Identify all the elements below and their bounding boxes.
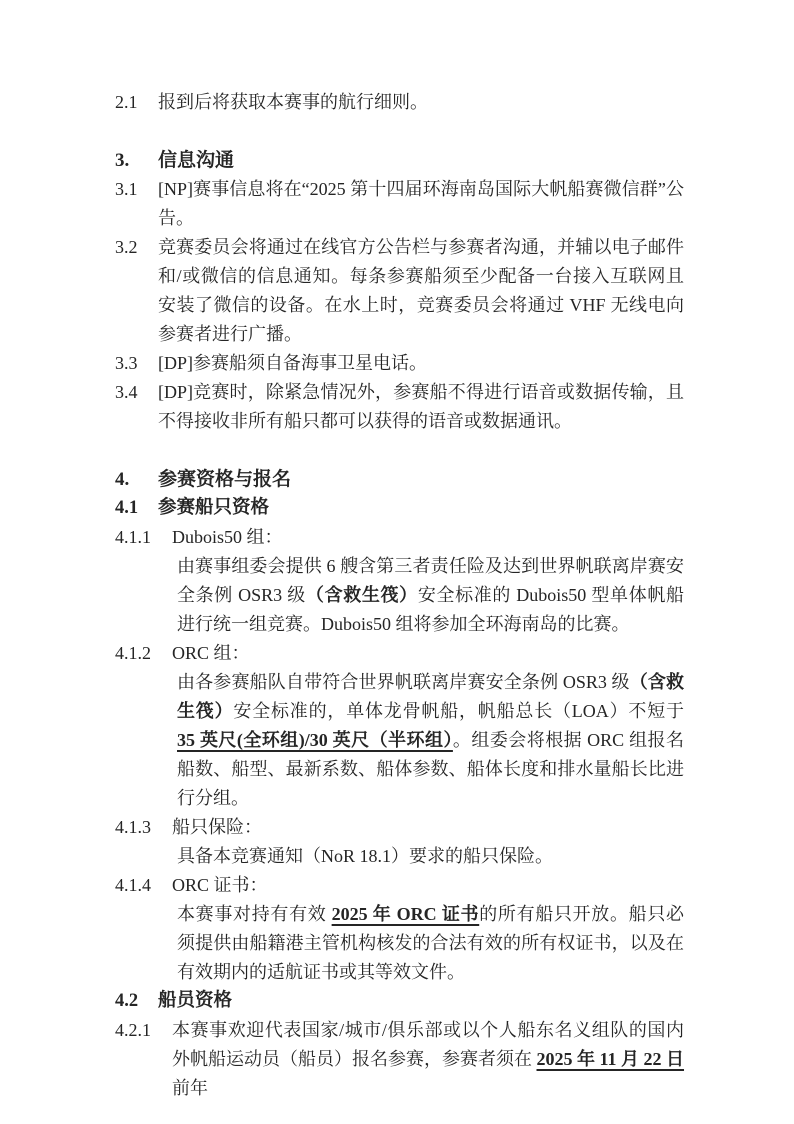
text-run: [DP]参赛船须自备海事卫星电话。: [158, 353, 427, 373]
numbered-item: 3.4[DP]竞赛时，除紧急情况外，参赛船不得进行语音或数据传输，且不得接收非所…: [115, 378, 684, 436]
section-title: 船员资格: [158, 987, 232, 1016]
paragraph-text: ORC 组：: [172, 639, 684, 668]
document-page: 2.1报到后将获取本赛事的航行细则。3.信息沟通3.1[NP]赛事信息将在“20…: [0, 0, 794, 1124]
text-run: Dubois50 组：: [172, 527, 283, 547]
item-number: 4.: [115, 465, 158, 494]
text-run: 安全标准的，单体龙骨帆船，帆船总长（LOA）不短于: [233, 701, 684, 721]
paragraph-body: 由赛事组委会提供 6 艘含第三者责任险及达到世界帆联离岸赛安全条例 OSR3 级…: [115, 552, 684, 639]
item-number: 4.1.1: [115, 523, 172, 552]
text-run: 由各参赛船队自带符合世界帆联离岸赛安全条例 OSR3 级: [177, 672, 630, 692]
section-heading: 3.信息沟通: [115, 146, 684, 175]
paragraph-text: 本赛事欢迎代表国家/城市/俱乐部或以个人船东名义组队的国内外帆船运动员（船员）报…: [172, 1016, 684, 1103]
item-number: 4.1.3: [115, 813, 172, 842]
paragraph-text: [DP]参赛船须自备海事卫星电话。: [158, 349, 684, 378]
paragraph-body: 具备本竞赛通知（NoR 18.1）要求的船只保险。: [115, 842, 684, 871]
paragraph-text: 由各参赛船队自带符合世界帆联离岸赛安全条例 OSR3 级（含救生筏）安全标准的，…: [177, 668, 684, 813]
item-number: 3.1: [115, 175, 158, 204]
paragraph-text: ORC 证书：: [172, 871, 684, 900]
numbered-item: 4.1.3船只保险：: [115, 813, 684, 842]
text-run: 2025 年 11 月 22 日: [537, 1049, 685, 1069]
paragraph-text: [DP]竞赛时，除紧急情况外，参赛船不得进行语音或数据传输，且不得接收非所有船只…: [158, 378, 684, 436]
text-run: [DP]竞赛时，除紧急情况外，参赛船不得进行语音或数据传输，且不得接收非所有船只…: [158, 382, 684, 431]
numbered-item: 4.1.1Dubois50 组：: [115, 523, 684, 552]
doc-content: 2.1报到后将获取本赛事的航行细则。3.信息沟通3.1[NP]赛事信息将在“20…: [0, 0, 794, 1103]
text-run: [NP]赛事信息将在“2025 第十四届环海南岛国际大帆船赛微信群”公告。: [158, 179, 684, 228]
blank-line: [115, 436, 684, 465]
paragraph-text: 报到后将获取本赛事的航行细则。: [158, 88, 684, 117]
text-run: 35 英尺(全环组)/30 英尺（半环组）: [177, 730, 453, 750]
numbered-item: 3.3[DP]参赛船须自备海事卫星电话。: [115, 349, 684, 378]
paragraph-text: 由赛事组委会提供 6 艘含第三者责任险及达到世界帆联离岸赛安全条例 OSR3 级…: [177, 552, 684, 639]
numbered-item: 3.2竞赛委员会将通过在线官方公告栏与参赛者沟通，并辅以电子邮件和/或微信的信息…: [115, 233, 684, 349]
numbered-item: 4.1.4ORC 证书：: [115, 871, 684, 900]
numbered-item: 3.1[NP]赛事信息将在“2025 第十四届环海南岛国际大帆船赛微信群”公告。: [115, 175, 684, 233]
paragraph-text: 船只保险：: [172, 813, 684, 842]
section-heading: 4.2船员资格: [115, 987, 684, 1016]
item-number: 2.1: [115, 88, 158, 117]
paragraph-text: Dubois50 组：: [172, 523, 684, 552]
section-title: 参赛船只资格: [158, 494, 269, 523]
item-number: 3.3: [115, 349, 158, 378]
section-heading: 4.参赛资格与报名: [115, 465, 684, 494]
paragraph-text: 具备本竞赛通知（NoR 18.1）要求的船只保险。: [177, 842, 684, 871]
numbered-item: 2.1报到后将获取本赛事的航行细则。: [115, 88, 684, 117]
blank-line: [115, 117, 684, 146]
text-run: 前年: [172, 1078, 208, 1098]
paragraph-text: 竞赛委员会将通过在线官方公告栏与参赛者沟通，并辅以电子邮件和/或微信的信息通知。…: [158, 233, 684, 349]
section-title: 信息沟通: [158, 146, 234, 175]
section-title: 参赛资格与报名: [158, 465, 291, 494]
item-number: 3.: [115, 146, 158, 175]
item-number: 4.2: [115, 987, 158, 1016]
paragraph-text: [NP]赛事信息将在“2025 第十四届环海南岛国际大帆船赛微信群”公告。: [158, 175, 684, 233]
item-number: 4.1.2: [115, 639, 172, 668]
text-run: （含救生筏）: [306, 585, 418, 605]
text-run: 具备本竞赛通知（NoR 18.1）要求的船只保险。: [177, 846, 553, 866]
item-number: 3.2: [115, 233, 158, 262]
text-run: ORC 证书：: [172, 875, 268, 895]
paragraph-body: 本赛事对持有有效 2025 年 ORC 证书的所有船只开放。船只必须提供由船籍港…: [115, 900, 684, 987]
numbered-item: 4.2.1本赛事欢迎代表国家/城市/俱乐部或以个人船东名义组队的国内外帆船运动员…: [115, 1016, 684, 1103]
text-run: 2025 年 ORC 证书: [332, 904, 480, 924]
paragraph-body: 由各参赛船队自带符合世界帆联离岸赛安全条例 OSR3 级（含救生筏）安全标准的，…: [115, 668, 684, 813]
text-run: 船只保险：: [172, 817, 262, 837]
text-run: ORC 组：: [172, 643, 250, 663]
item-number: 4.1: [115, 494, 158, 523]
text-run: 竞赛委员会将通过在线官方公告栏与参赛者沟通，并辅以电子邮件和/或微信的信息通知。…: [158, 237, 684, 344]
section-heading: 4.1参赛船只资格: [115, 494, 684, 523]
item-number: 4.1.4: [115, 871, 172, 900]
text-run: 报到后将获取本赛事的航行细则。: [158, 92, 428, 112]
text-run: 本赛事对持有有效: [177, 904, 332, 924]
item-number: 4.2.1: [115, 1016, 172, 1045]
paragraph-text: 本赛事对持有有效 2025 年 ORC 证书的所有船只开放。船只必须提供由船籍港…: [177, 900, 684, 987]
item-number: 3.4: [115, 378, 158, 407]
numbered-item: 4.1.2ORC 组：: [115, 639, 684, 668]
